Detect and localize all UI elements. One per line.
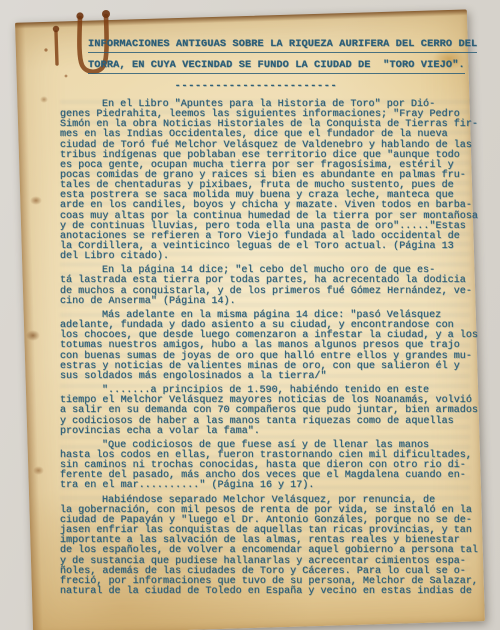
- scanned-document-photo: { "document": { "kind": "aged typewritte…: [0, 0, 500, 630]
- paragraphs: En el Libro "Apuntes para la Historia de…: [60, 100, 472, 597]
- text-line: provincias echa a volar la fama".: [60, 427, 472, 437]
- title-line-1: INFORMACIONES ANTIGUAS SOBRE LA RIQUEZA …: [88, 38, 477, 53]
- text-line: tra en el mar.........." (Página 16 y 17…: [60, 481, 472, 491]
- paragraph: Más adelante en la misma página 14 dice:…: [60, 311, 472, 382]
- paragraph: En la página 14 dice; "el cebo del mucho…: [60, 266, 472, 307]
- text-line: del Libro citado).: [60, 252, 472, 262]
- title-separator: ------------------------: [40, 81, 472, 91]
- text-line: de los españoles, de volver a encomendar…: [60, 546, 472, 556]
- text-line: a salir en su demanda con 70 compañeros …: [60, 406, 472, 416]
- text-line: natural de la ciudad de Toledo en España…: [60, 587, 472, 597]
- paragraph: "Que codiciosos de que fuese así y de ll…: [60, 441, 472, 492]
- text-line: sus soldados más engolosinados a la tier…: [60, 372, 472, 382]
- title-line-2: TORRA, EN CUYA VECINDAD SE FUNDO LA CIUD…: [88, 59, 465, 74]
- paragraph: Habiéndose separado Melchor Velásquez, p…: [60, 496, 472, 597]
- text-line: cino de Anserma" (Página 14).: [60, 297, 472, 307]
- document-title: INFORMACIONES ANTIGUAS SOBRE LA RIQUEZA …: [88, 38, 472, 80]
- paragraph: ".......a principios de 1.590, habiéndo …: [60, 386, 472, 437]
- paragraph: En el Libro "Apuntes para la Historia de…: [60, 100, 472, 262]
- typewritten-text: INFORMACIONES ANTIGUAS SOBRE LA RIQUEZA …: [60, 38, 472, 597]
